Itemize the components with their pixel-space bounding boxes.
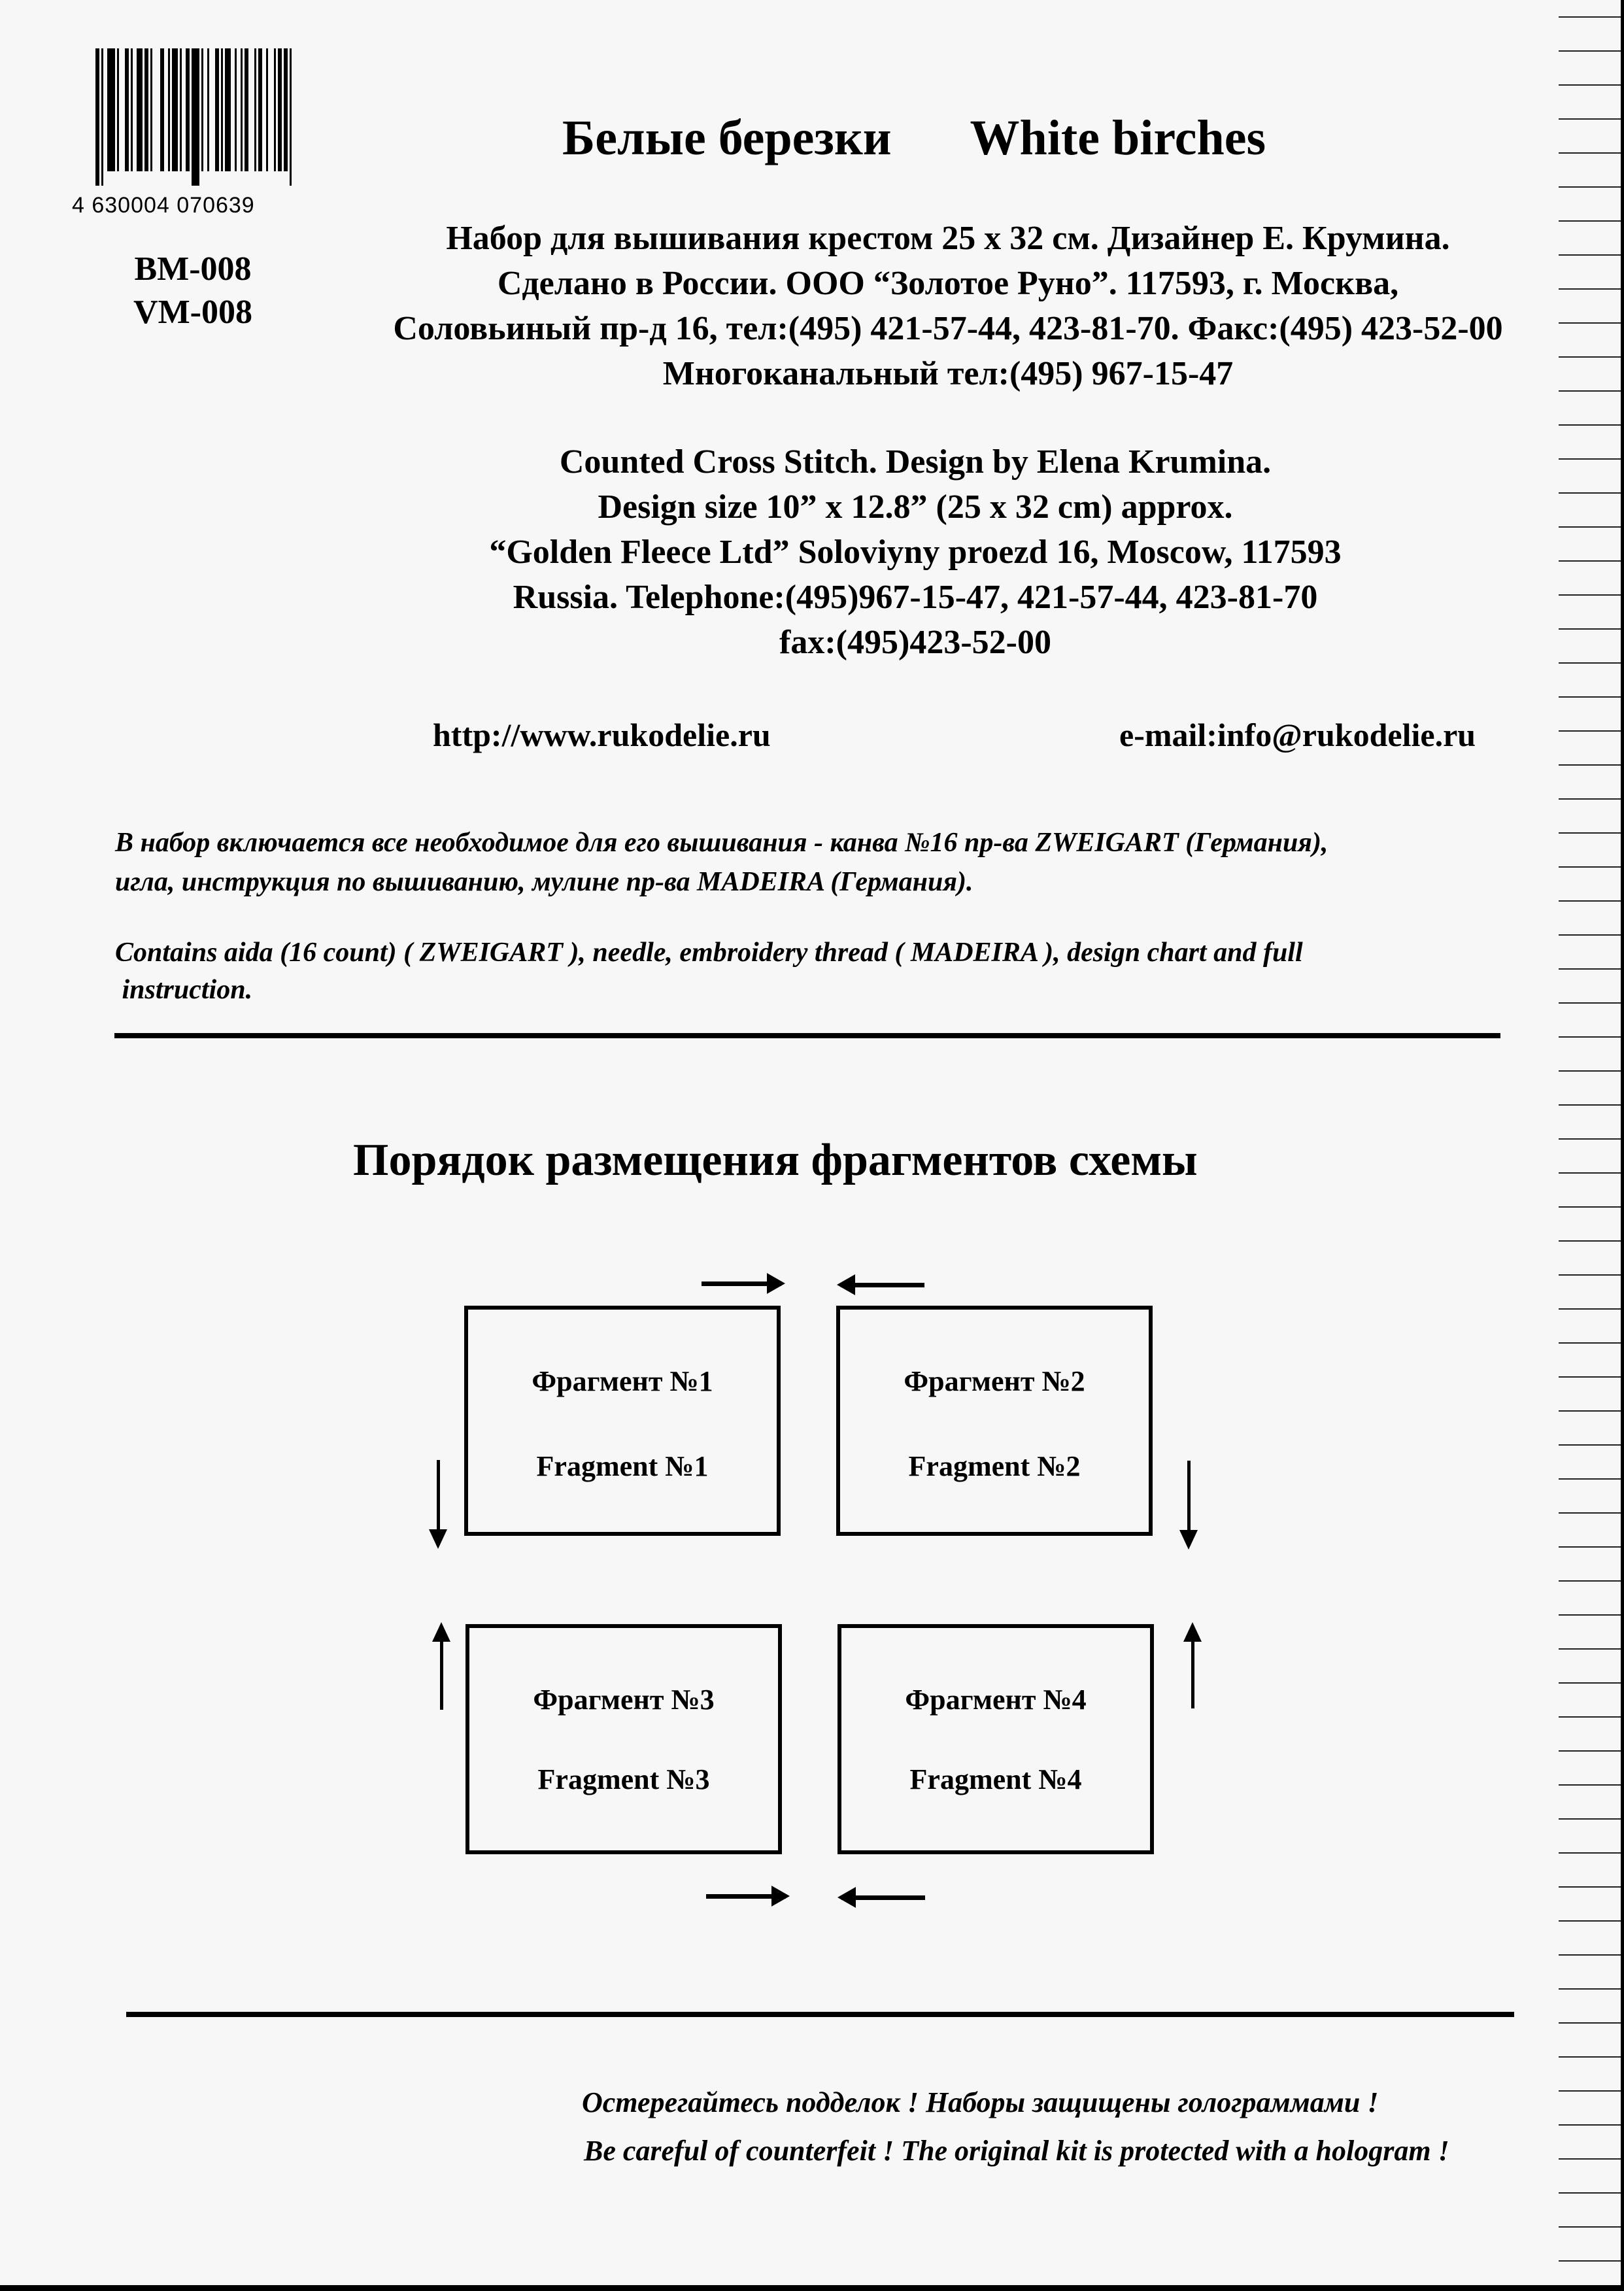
title-en: White birches — [970, 110, 1266, 165]
contents-ru-line: игла, инструкция по вышиванию, мулине пр… — [115, 866, 973, 898]
info-ru-line: Многоканальный тел:(495) 967-15-47 — [314, 351, 1582, 396]
scan-edge-bottom — [0, 2285, 1624, 2291]
arrow-down-icon — [1187, 1461, 1191, 1546]
contents-en-line: Contains aida (16 count) ( ZWEIGART ), n… — [115, 937, 1303, 968]
warning-ru: Остерегайтесь подделок ! Наборы защищены… — [582, 2086, 1379, 2119]
arrow-up-icon — [440, 1626, 443, 1710]
fragment-label-ru: Фрагмент №1 — [468, 1365, 777, 1398]
arrow-left-icon — [841, 1283, 924, 1287]
fragment-label-ru: Фрагмент №3 — [469, 1683, 778, 1716]
info-en: Counted Cross Stitch. Design by Elena Kr… — [281, 439, 1549, 665]
title-ru: Белые березки — [562, 110, 892, 165]
email-link[interactable]: e-mail:info@rukodelie.ru — [1119, 716, 1476, 754]
product-code-ru: BM-008 — [98, 250, 288, 288]
fragment-label-en: Fragment №1 — [468, 1450, 777, 1483]
info-ru-line: Соловьиный пр-д 16, тел:(495) 421-57-44,… — [314, 306, 1582, 351]
page-title: Белые березкиWhite birches — [562, 110, 1266, 167]
contents-ru-line: В набор включается все необходимое для е… — [115, 827, 1328, 858]
info-ru-line: Сделано в России. ООО “Золотое Руно”. 11… — [314, 261, 1582, 306]
divider — [114, 1033, 1500, 1038]
fragment-box-3: Фрагмент №3 Fragment №3 — [465, 1624, 782, 1854]
arrow-right-icon — [702, 1281, 781, 1286]
fragment-box-1: Фрагмент №1 Fragment №1 — [464, 1306, 781, 1536]
info-ru: Набор для вышивания крестом 25 х 32 см. … — [314, 216, 1582, 396]
info-en-line: Counted Cross Stitch. Design by Elena Kr… — [281, 439, 1549, 484]
info-ru-line: Набор для вышивания крестом 25 х 32 см. … — [314, 216, 1582, 261]
fragment-label-ru: Фрагмент №2 — [840, 1365, 1149, 1398]
barcode — [95, 48, 296, 186]
layout-heading: Порядок размещения фрагментов схемы — [353, 1134, 1198, 1187]
divider — [126, 2012, 1514, 2017]
arrow-right-icon — [706, 1894, 786, 1899]
info-en-line: Design size 10” x 12.8” (25 x 32 cm) app… — [281, 484, 1549, 530]
fragment-label-en: Fragment №4 — [841, 1763, 1150, 1796]
product-code-en: VM-008 — [98, 293, 288, 331]
fragment-label-ru: Фрагмент №4 — [841, 1683, 1150, 1716]
fragment-box-4: Фрагмент №4 Fragment №4 — [837, 1624, 1154, 1854]
contents-en-line: instruction. — [115, 974, 252, 1006]
info-en-line: fax:(495)423-52-00 — [281, 620, 1549, 665]
barcode-digits: 4 630004 070639 — [72, 193, 255, 218]
arrow-left-icon — [841, 1895, 925, 1900]
warning-en: Be careful of counterfeit ! The original… — [584, 2134, 1449, 2167]
fragment-box-2: Фрагмент №2 Fragment №2 — [836, 1306, 1153, 1536]
info-en-line: Russia. Telephone:(495)967-15-47, 421-57… — [281, 575, 1549, 620]
ruled-margin — [1559, 0, 1624, 2291]
info-en-line: “Golden Fleece Ltd” Soloviyny proezd 16,… — [281, 530, 1549, 575]
arrow-down-icon — [437, 1460, 440, 1545]
arrow-up-icon — [1191, 1626, 1194, 1708]
fragment-label-en: Fragment №2 — [840, 1450, 1149, 1483]
website-link[interactable]: http://www.rukodelie.ru — [433, 716, 771, 754]
fragment-label-en: Fragment №3 — [469, 1763, 778, 1796]
scan-edge — [1621, 0, 1624, 2291]
